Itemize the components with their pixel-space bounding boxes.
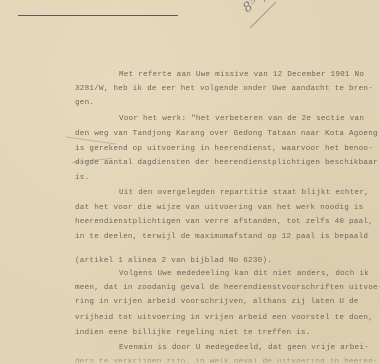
text-line: Uit den overgelegden repartitie staat bl… <box>119 188 369 198</box>
handwritten-slash-icon <box>246 0 296 30</box>
text-line: Volgens Uwe mededeeling kan dit niet and… <box>119 269 369 279</box>
text-line: (artikel 1 alinea 2 van bijblad No 6230)… <box>75 256 272 266</box>
text-line: digde aantal dagdiensten der heerendiens… <box>75 158 378 168</box>
text-line: meen, dat in zoodanig geval de heerendie… <box>75 283 380 293</box>
text-line: Voor het werk: "het verbeteren van de 2e… <box>119 114 364 124</box>
text-line: Evenmin is door U medegedeeld, dat geen … <box>119 343 369 353</box>
text-line: in te deelen, terwijl de maximumafstand … <box>75 232 368 242</box>
text-line: gen. <box>75 98 94 108</box>
text-line: den weg van Tandjong Karang over Gedong … <box>75 129 378 139</box>
text-line: heerendienstplichtigen van verre afstand… <box>75 217 373 227</box>
text-line: is gerekend op uitvoering in heerendiens… <box>75 144 373 154</box>
text-line: dat het voor die wijze van uitvoering va… <box>75 203 363 213</box>
text-line: indien eene billijke regeling niet te tr… <box>75 328 311 338</box>
text-line: vrijheid tot uitvoering in vrijen arbeid… <box>75 313 373 323</box>
text-line: ring in vrijen arbeid voorschrijven, alt… <box>75 297 359 307</box>
text-line: ders te verkrijgen zijn, in welk geval d… <box>75 357 378 364</box>
header-rule <box>18 15 178 16</box>
text-line: is. <box>75 173 89 183</box>
text-line: Met referte aan Uwe missive van 12 Decem… <box>119 70 364 80</box>
text-line: 3281/W, heb ik de eer het volgende onder… <box>75 84 373 94</box>
